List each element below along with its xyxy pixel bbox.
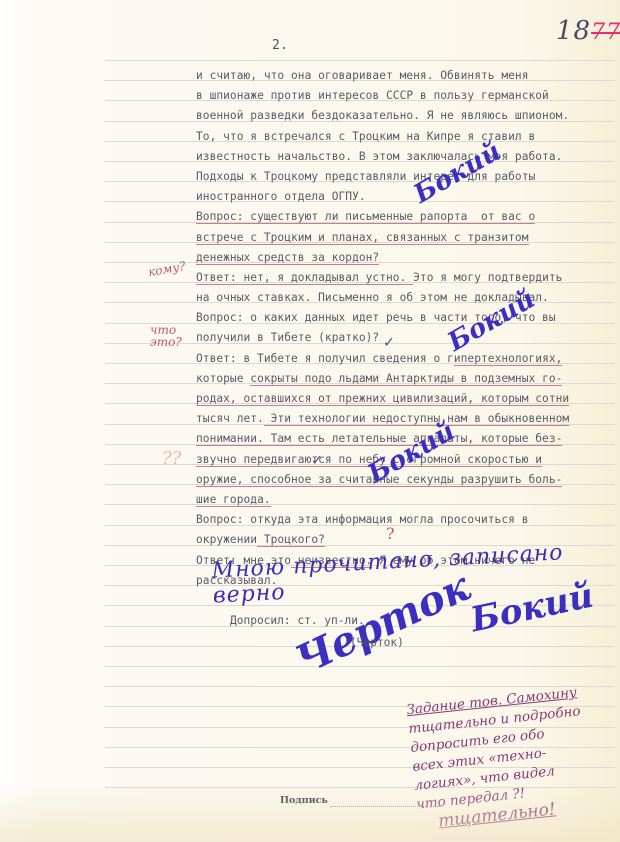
typed-line: Вопрос: существуют ли письменные рапорта… (196, 207, 616, 227)
typed-line: встрече с Троцким и планах, связанных с … (196, 228, 616, 248)
checkmark-icon: ✓ (312, 450, 322, 469)
typed-line: Вопрос: откуда эта информация могла прос… (196, 510, 616, 530)
red-underline: встрече с Троцким и планах, связанных с … (196, 231, 529, 245)
question-mark-icon: ? (386, 524, 395, 543)
typed-line: шие города. (196, 490, 616, 510)
typed-line: на очных ставках. Письменно я об этом не… (196, 288, 616, 308)
typed-line: Подходы к Троцкому представляли интерес … (196, 167, 616, 187)
typed-transcript: и считаю, что она оговаривает меня. Обви… (196, 66, 616, 591)
signature-label: Подпись (280, 795, 328, 806)
red-underline: денежных средств за кордон? (196, 251, 379, 265)
folio-number: 1877 (556, 16, 620, 46)
typed-line: денежных средств за кордон? (196, 248, 616, 268)
folio-struck: 77 (591, 20, 620, 45)
red-underline: ипертехнологиях, (454, 352, 563, 366)
ruled-line (105, 787, 615, 788)
resolution-note: Задание тов. Самохину тщательно и подроб… (406, 679, 620, 833)
red-underline: Эти технологии недоступны нам в обыкнове… (264, 412, 569, 426)
typed-line: военной разведки бездоказательно. Я не я… (196, 106, 616, 126)
signature-line (330, 806, 440, 807)
page-number: 2. (272, 38, 288, 53)
red-underline: Вопрос: существуют ли письменные рапорта… (196, 210, 535, 224)
typed-line: тысяч лет. Эти технологии недоступны нам… (196, 409, 616, 429)
red-underline: родах, оставшихся от прежних цивилизаций… (196, 392, 569, 406)
red-underline: Ответ: нет, я докладывал устно. (196, 271, 413, 285)
document-page: 2. 1877 и считаю, что она оговаривает ме… (0, 0, 620, 842)
ruled-line (105, 666, 615, 667)
typed-line: То, что я встречался с Троцким на Кипре … (196, 127, 616, 147)
typed-line: в шпионаже против интересов СССР в польз… (196, 86, 616, 106)
typed-line: Ответ: в Тибете я получил сведения о гип… (196, 349, 616, 369)
red-underline: шие города. (196, 493, 271, 507)
red-underline: Троцкого? (257, 533, 325, 547)
typed-line: иностранного отдела ОГПУ. (196, 187, 616, 207)
margin-note-chto: что это? (150, 324, 182, 348)
typed-line: Ответ: нет, я докладывал устно. Это я мо… (196, 268, 616, 288)
typed-line: Вопрос: о каких данных идет речь в части… (196, 308, 616, 328)
margin-note-question: ?? (162, 448, 181, 469)
folio-current: 18 (556, 16, 591, 46)
typed-line: известность начальство. В этом заключала… (196, 147, 616, 167)
interrogator-name: (Черток) (350, 636, 404, 649)
typed-line: которые сокрыты подо льдами Антарктиды в… (196, 369, 616, 389)
red-underline: сокрыты подо льдами Антарктиды в подземн… (250, 372, 562, 386)
interrogator-label: Допросил: ст. уп-ли. (230, 614, 365, 627)
resolution-emphasis: тщательно! (418, 793, 620, 834)
checkmark-icon: ✓ (384, 332, 394, 351)
typed-line: родах, оставшихся от прежних цивилизаций… (196, 389, 616, 409)
red-underline: понимании. Там есть летательные аппараты… (196, 432, 562, 446)
ruled-line (105, 60, 615, 61)
typed-line: и считаю, что она оговаривает меня. Обви… (196, 66, 616, 86)
typed-line: получили в Тибете (кратко)? (196, 328, 616, 348)
